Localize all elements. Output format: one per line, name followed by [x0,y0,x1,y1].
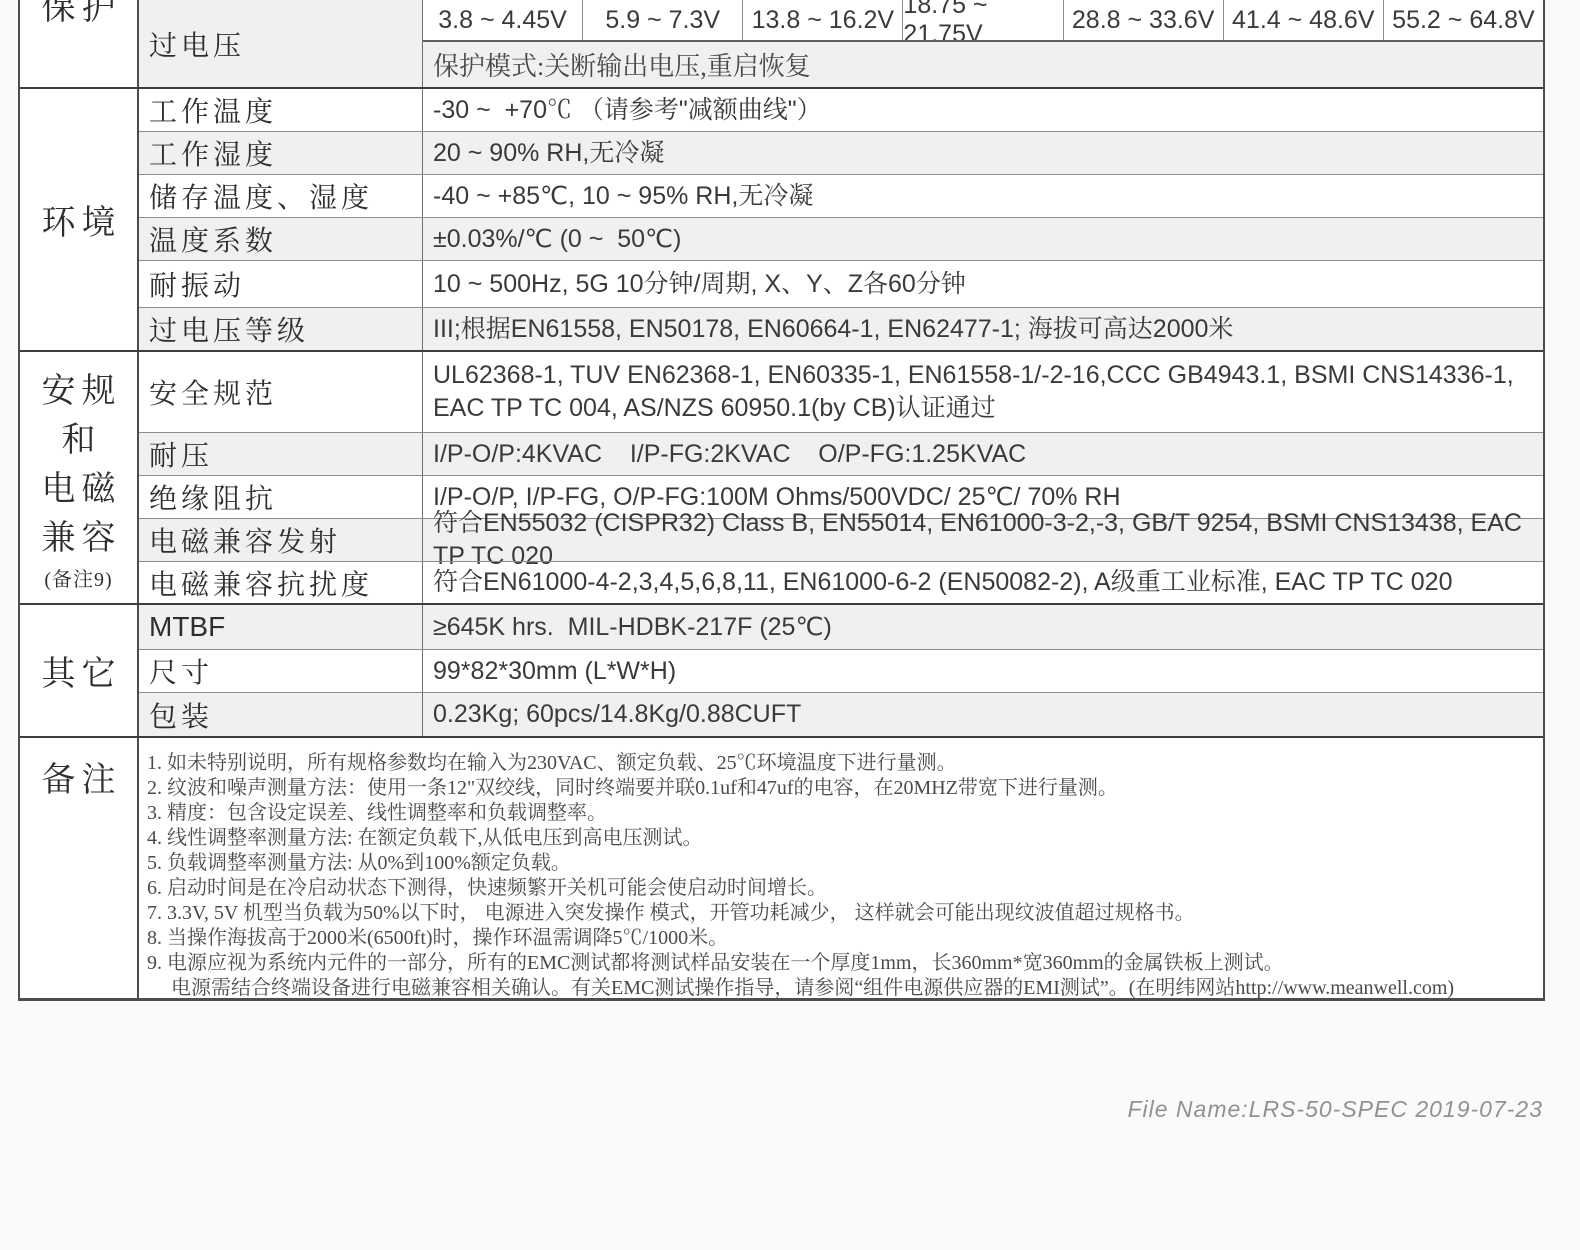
ovp-range-cell: 18.75 ~ 21.75V [902,0,1062,40]
row-label-dimension: 尺寸 [139,650,423,692]
table-row: 安全规范 UL62368-1, TUV EN62368-1, EN60335-1… [139,352,1543,432]
table-row: 电磁兼容发射 符合EN55032 (CISPR32) Class B, EN55… [139,518,1543,561]
category-protection: 保护 [20,0,139,87]
spec-table: 保护 过电压 3.8 ~ 4.45V 5.9 ~ 7.3V 13.8 ~ 16.… [18,0,1545,1001]
row-value-dimension: 99*82*30mm (L*W*H) [423,650,1543,692]
category-notes: 备注 [20,738,139,998]
note-line: 8. 当操作海拔高于2000米(6500ft)时，操作环温需调降5℃/1000米… [147,926,1533,951]
row-value-packing: 0.23Kg; 60pcs/14.8Kg/0.88CUFT [423,693,1543,736]
ovp-range-cell: 13.8 ~ 16.2V [742,0,902,40]
safety-emc-rows: 安全规范 UL62368-1, TUV EN62368-1, EN60335-1… [139,352,1543,603]
row-label-withstand-voltage: 耐压 [139,433,423,475]
category-safety-emc-line: 电磁 [36,461,122,510]
category-notes-label: 备注 [36,752,122,801]
table-row: 储存温度、湿度 -40 ~ +85℃, 10 ~ 95% RH,无冷凝 [139,174,1543,217]
ovp-range-cell: 55.2 ~ 64.8V [1383,0,1543,40]
category-safety-emc-line: 兼容 [36,510,122,559]
note-line: 2. 纹波和噪声测量方法：使用一条12"双绞线，同时终端要并联0.1uf和47u… [147,776,1533,801]
table-row: 尺寸 99*82*30mm (L*W*H) [139,649,1543,692]
note-line: 9. 电源应视为系统内元件的一部分，所有的EMC测试都将测试样品安装在一个厚度1… [147,951,1533,976]
ovp-range-cell: 28.8 ~ 33.6V [1063,0,1223,40]
category-others-label: 其它 [36,646,122,695]
row-label-isolation-resistance: 绝缘阻抗 [139,476,423,518]
row-value-temp-coefficient: ±0.03%/℃ (0 ~ 50℃) [423,218,1543,260]
environment-rows: 工作温度 -30 ~ +70℃ （请参考"减额曲线"） 工作湿度 20 ~ 90… [139,89,1543,350]
row-value-safety-standards: UL62368-1, TUV EN62368-1, EN60335-1, EN6… [423,352,1543,432]
row-label-temp-coefficient: 温度系数 [139,218,423,260]
section-environment: 环境 工作温度 -30 ~ +70℃ （请参考"减额曲线"） 工作湿度 20 ~… [20,87,1543,350]
row-label-safety-standards: 安全规范 [139,352,423,432]
ovp-range-cell: 41.4 ~ 48.6V [1223,0,1383,40]
ovp-range-cell: 3.8 ~ 4.45V [423,0,582,40]
table-row: 耐振动 10 ~ 500Hz, 5G 10分钟/周期, X、Y、Z各60分钟 [139,260,1543,307]
section-others: 其它 MTBF ≥645K hrs. MIL-HDBK-217F (25℃) 尺… [20,603,1543,736]
ovp-range-row: 3.8 ~ 4.45V 5.9 ~ 7.3V 13.8 ~ 16.2V 18.7… [423,0,1543,40]
table-row: 工作温度 -30 ~ +70℃ （请参考"减额曲线"） [139,89,1543,131]
row-label-emc-immunity: 电磁兼容抗扰度 [139,562,423,603]
others-rows: MTBF ≥645K hrs. MIL-HDBK-217F (25℃) 尺寸 9… [139,605,1543,736]
category-safety-emc-line: 安规 [36,363,122,412]
note-line: 4. 线性调整率测量方法: 在额定负载下,从低电压到高电压测试。 [147,826,1533,851]
table-row: 包装 0.23Kg; 60pcs/14.8Kg/0.88CUFT [139,692,1543,736]
row-value-operating-humidity: 20 ~ 90% RH,无冷凝 [423,132,1543,174]
row-value-vibration: 10 ~ 500Hz, 5G 10分钟/周期, X、Y、Z各60分钟 [423,261,1543,307]
row-label-overvoltage: 过电压 [139,0,423,87]
category-safety-emc-line: 和 [56,412,102,461]
category-environment: 环境 [20,89,139,350]
category-others: 其它 [20,605,139,736]
category-environment-label: 环境 [36,195,122,244]
protection-rows: 过电压 3.8 ~ 4.45V 5.9 ~ 7.3V 13.8 ~ 16.2V … [139,0,1543,87]
table-row: 温度系数 ±0.03%/℃ (0 ~ 50℃) [139,217,1543,260]
section-protection: 保护 过电压 3.8 ~ 4.45V 5.9 ~ 7.3V 13.8 ~ 16.… [20,0,1543,87]
row-value-emc-immunity: 符合EN61000-4-2,3,4,5,6,8,11, EN61000-6-2 … [423,562,1543,603]
row-value-storage-temp-humidity: -40 ~ +85℃, 10 ~ 95% RH,无冷凝 [423,175,1543,217]
table-row: MTBF ≥645K hrs. MIL-HDBK-217F (25℃) [139,605,1543,649]
row-label-operating-temp: 工作温度 [139,89,423,131]
note-line: 6. 启动时间是在冷启动状态下测得，快速频繁开关机可能会使启动时间增长。 [147,876,1533,901]
section-notes: 备注 1. 如未特别说明，所有规格参数均在输入为230VAC、额定负载、25℃环… [20,736,1543,998]
row-label-emc-emission: 电磁兼容发射 [139,519,423,561]
notes-list: 1. 如未特别说明，所有规格参数均在输入为230VAC、额定负载、25℃环境温度… [139,738,1543,998]
row-label-operating-humidity: 工作湿度 [139,132,423,174]
row-label-storage-temp-humidity: 储存温度、湿度 [139,175,423,217]
note-line: 电源需结合终端设备进行电磁兼容相关确认。有关EMC测试操作指导，请参阅“组件电源… [147,976,1533,1001]
row-value-emc-emission: 符合EN55032 (CISPR32) Class B, EN55014, EN… [423,519,1543,561]
table-row: 电磁兼容抗扰度 符合EN61000-4-2,3,4,5,6,8,11, EN61… [139,561,1543,603]
category-safety-emc: 安规 和 电磁 兼容 (备注9) [20,352,139,603]
note-line: 5. 负载调整率测量方法: 从0%到100%额定负载。 [147,851,1533,876]
table-row: 耐压 I/P-O/P:4KVAC I/P-FG:2KVAC O/P-FG:1.2… [139,432,1543,475]
table-row: 过电压等级 III;根据EN61558, EN50178, EN60664-1,… [139,307,1543,350]
row-value-operating-temp: -30 ~ +70℃ （请参考"减额曲线"） [423,89,1543,131]
row-value-mtbf: ≥645K hrs. MIL-HDBK-217F (25℃) [423,605,1543,649]
row-value-overvoltage-category: III;根据EN61558, EN50178, EN60664-1, EN624… [423,308,1543,350]
row-label-mtbf: MTBF [139,605,423,649]
row-value-withstand-voltage: I/P-O/P:4KVAC I/P-FG:2KVAC O/P-FG:1.25KV… [423,433,1543,475]
ovp-row: 过电压 3.8 ~ 4.45V 5.9 ~ 7.3V 13.8 ~ 16.2V … [139,0,1543,87]
note-line: 1. 如未特别说明，所有规格参数均在输入为230VAC、额定负载、25℃环境温度… [147,751,1533,776]
ovp-range-cell: 5.9 ~ 7.3V [582,0,742,40]
note-line: 3. 精度：包含设定误差、线性调整率和负载调整率。 [147,801,1533,826]
ovp-values: 3.8 ~ 4.45V 5.9 ~ 7.3V 13.8 ~ 16.2V 18.7… [423,0,1543,87]
note-line: 7. 3.3V, 5V 机型当负载为50%以下时， 电源进入突发操作 模式，开管… [147,901,1533,926]
ovp-protection-mode: 保护模式:关断输出电压,重启恢复 [423,40,1543,87]
row-label-vibration: 耐振动 [139,261,423,307]
category-safety-emc-note: (备注9) [44,563,112,592]
category-protection-label: 保护 [20,0,137,29]
section-safety-emc: 安规 和 电磁 兼容 (备注9) 安全规范 UL62368-1, TUV EN6… [20,350,1543,603]
row-label-overvoltage-category: 过电压等级 [139,308,423,350]
table-row: 工作湿度 20 ~ 90% RH,无冷凝 [139,131,1543,174]
footer-file-name: File Name:LRS-50-SPEC 2019-07-23 [1127,1096,1543,1123]
datasheet-page: 保护 过电压 3.8 ~ 4.45V 5.9 ~ 7.3V 13.8 ~ 16.… [0,0,1580,1250]
row-label-packing: 包装 [139,693,423,736]
